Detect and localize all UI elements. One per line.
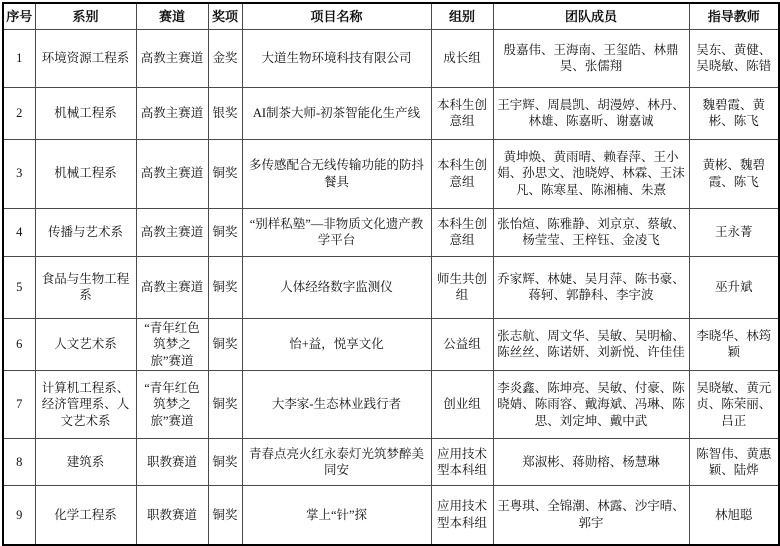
header-serial: 序号 xyxy=(3,3,35,29)
cell-team-members: 王粤琪、全锦潮、林露、沙宇晴、郭宇 xyxy=(493,486,689,545)
cell-department: 食品与生物工程系 xyxy=(35,256,136,318)
cell-project-name: 人体经络数字监测仪 xyxy=(242,256,431,318)
cell-track: 高教主赛道 xyxy=(136,139,208,208)
cell-group: 创业组 xyxy=(431,371,493,439)
cell-advisors: 巫升斌 xyxy=(689,256,779,318)
cell-track: 职教赛道 xyxy=(136,439,208,486)
header-track: 赛道 xyxy=(136,3,208,29)
cell-serial: 7 xyxy=(3,371,35,439)
header-group: 组别 xyxy=(431,3,493,29)
cell-department: 化学工程系 xyxy=(35,486,136,545)
cell-group: 本科生创意组 xyxy=(431,139,493,208)
cell-track: 高教主赛道 xyxy=(136,87,208,139)
cell-group: 公益组 xyxy=(431,318,493,371)
cell-advisors: 王永菁 xyxy=(689,208,779,256)
cell-track: 高教主赛道 xyxy=(136,208,208,256)
table-row: 3 机械工程系 高教主赛道 铜奖 多传感配合无线传输功能的防抖餐具 本科生创意组… xyxy=(3,139,779,208)
table-row: 5 食品与生物工程系 高教主赛道 铜奖 人体经络数字监测仪 师生共创组 乔家辉、… xyxy=(3,256,779,318)
cell-project-name: 大李家-生态林业践行者 xyxy=(242,371,431,439)
cell-group: 本科生创意组 xyxy=(431,208,493,256)
cell-department: 建筑系 xyxy=(35,439,136,486)
cell-department: 人文艺术系 xyxy=(35,318,136,371)
cell-award: 银奖 xyxy=(208,87,242,139)
cell-track: 职教赛道 xyxy=(136,486,208,545)
cell-group: 成长组 xyxy=(431,29,493,87)
header-row: 序号 系别 赛道 奖项 项目名称 组别 团队成员 指导教师 xyxy=(3,3,779,29)
cell-project-name: “别样私塾”—非物质文化遗产教学平台 xyxy=(242,208,431,256)
cell-department: 环境资源工程系 xyxy=(35,29,136,87)
header-project-name: 项目名称 xyxy=(242,3,431,29)
cell-serial: 4 xyxy=(3,208,35,256)
cell-track: “青年红色筑梦之旅”赛道 xyxy=(136,318,208,371)
cell-advisors: 吴东、黄健、吴晓敏、陈错 xyxy=(689,29,779,87)
cell-project-name: 掌上“针”探 xyxy=(242,486,431,545)
cell-project-name: AI制茶大师-初茶智能化生产线 xyxy=(242,87,431,139)
header-advisors: 指导教师 xyxy=(689,3,779,29)
cell-serial: 9 xyxy=(3,486,35,545)
cell-group: 本科生创意组 xyxy=(431,87,493,139)
table-row: 7 计算机工程系、经济管理系、人文艺术系 “青年红色筑梦之旅”赛道 铜奖 大李家… xyxy=(3,371,779,439)
cell-project-name: 青春点亮火红永泰灯光筑梦醉美同安 xyxy=(242,439,431,486)
cell-project-name: 大道生物环境科技有限公司 xyxy=(242,29,431,87)
cell-team-members: 殷嘉伟、王海南、王玺皓、林鼎昊、张儒翔 xyxy=(493,29,689,87)
table-row: 2 机械工程系 高教主赛道 银奖 AI制茶大师-初茶智能化生产线 本科生创意组 … xyxy=(3,87,779,139)
cell-award: 铜奖 xyxy=(208,486,242,545)
cell-track: “青年红色筑梦之旅”赛道 xyxy=(136,371,208,439)
cell-team-members: 张怡煊、陈雅静、刘京京、蔡敏、杨莹莹、王梓钰、金凌飞 xyxy=(493,208,689,256)
cell-advisors: 陈智伟、黄惠颖、陆烨 xyxy=(689,439,779,486)
cell-project-name: 怡+益，悦享文化 xyxy=(242,318,431,371)
cell-serial: 8 xyxy=(3,439,35,486)
table-row: 9 化学工程系 职教赛道 铜奖 掌上“针”探 应用技术型本科组 王粤琪、全锦潮、… xyxy=(3,486,779,545)
table-row: 1 环境资源工程系 高教主赛道 金奖 大道生物环境科技有限公司 成长组 殷嘉伟、… xyxy=(3,29,779,87)
cell-award: 铜奖 xyxy=(208,439,242,486)
cell-award: 铜奖 xyxy=(208,318,242,371)
cell-department: 传播与艺术系 xyxy=(35,208,136,256)
cell-serial: 1 xyxy=(3,29,35,87)
cell-group: 应用技术型本科组 xyxy=(431,439,493,486)
cell-serial: 6 xyxy=(3,318,35,371)
cell-award: 铜奖 xyxy=(208,256,242,318)
cell-serial: 3 xyxy=(3,139,35,208)
cell-advisors: 黄彬、魏碧霞、陈飞 xyxy=(689,139,779,208)
header-award: 奖项 xyxy=(208,3,242,29)
cell-team-members: 黄坤焕、黄雨晴、赖春萍、王小娟、孙思文、池晓婷、林霖、王沫凡、陈寒星、陈湘楠、朱… xyxy=(493,139,689,208)
cell-track: 高教主赛道 xyxy=(136,256,208,318)
results-table: 序号 系别 赛道 奖项 项目名称 组别 团队成员 指导教师 1 环境资源工程系 … xyxy=(2,2,780,546)
cell-team-members: 张志航、周文华、吴敏、吴明榆、陈丝丝、陈诺妍、刘新悦、许佳佳 xyxy=(493,318,689,371)
table-row: 6 人文艺术系 “青年红色筑梦之旅”赛道 铜奖 怡+益，悦享文化 公益组 张志航… xyxy=(3,318,779,371)
cell-group: 应用技术型本科组 xyxy=(431,486,493,545)
cell-award: 金奖 xyxy=(208,29,242,87)
cell-advisors: 林旭聪 xyxy=(689,486,779,545)
cell-team-members: 乔家辉、林婕、吴月萍、陈书豪、蒋轲、郭静科、李宇波 xyxy=(493,256,689,318)
cell-advisors: 李晓华、林筠颖 xyxy=(689,318,779,371)
cell-department: 机械工程系 xyxy=(35,139,136,208)
cell-team-members: 王宇辉、周晨凯、胡漫婷、林丹、林雄、陈嘉昕、谢嘉诚 xyxy=(493,87,689,139)
cell-project-name: 多传感配合无线传输功能的防抖餐具 xyxy=(242,139,431,208)
cell-award: 铜奖 xyxy=(208,139,242,208)
cell-advisors: 魏碧霞、黄彬、陈飞 xyxy=(689,87,779,139)
cell-department: 机械工程系 xyxy=(35,87,136,139)
cell-track: 高教主赛道 xyxy=(136,29,208,87)
cell-team-members: 郑淑彬、蒋勋榕、杨慧琳 xyxy=(493,439,689,486)
cell-serial: 2 xyxy=(3,87,35,139)
header-department: 系别 xyxy=(35,3,136,29)
cell-award: 铜奖 xyxy=(208,208,242,256)
cell-advisors: 吴晓敏、黄元贞、陈荣丽、吕正 xyxy=(689,371,779,439)
cell-team-members: 李炎鑫、陈坤亮、吴敏、付豪、陈晓婧、陈雨容、戴海斌、冯琳、陈思、刘定坤、戴中武 xyxy=(493,371,689,439)
table-row: 8 建筑系 职教赛道 铜奖 青春点亮火红永泰灯光筑梦醉美同安 应用技术型本科组 … xyxy=(3,439,779,486)
cell-award: 铜奖 xyxy=(208,371,242,439)
header-team-members: 团队成员 xyxy=(493,3,689,29)
cell-serial: 5 xyxy=(3,256,35,318)
cell-group: 师生共创组 xyxy=(431,256,493,318)
cell-department: 计算机工程系、经济管理系、人文艺术系 xyxy=(35,371,136,439)
table-row: 4 传播与艺术系 高教主赛道 铜奖 “别样私塾”—非物质文化遗产教学平台 本科生… xyxy=(3,208,779,256)
